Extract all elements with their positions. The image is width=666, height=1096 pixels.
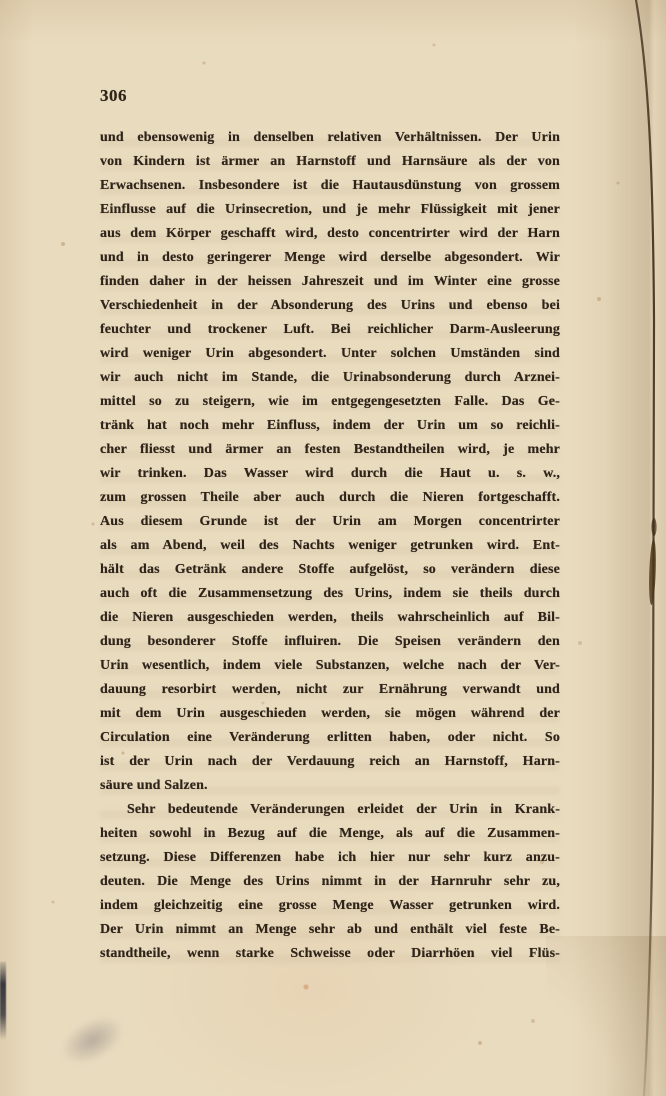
text-line: setzung. Diese Differenzen habe ich hier… bbox=[100, 846, 560, 870]
left-edge-dark-mark bbox=[0, 962, 6, 1040]
text-line: mit dem Urin ausgeschieden werden, sie m… bbox=[100, 702, 560, 726]
text-line: mittel so zu steigern, wie im entgegenge… bbox=[100, 390, 560, 414]
text-line: aus dem Körper geschafft wird, desto con… bbox=[100, 222, 560, 246]
text-line: Der Urin nimmt an Menge sehr ab und enth… bbox=[100, 918, 560, 942]
paper-foxing-specks bbox=[0, 0, 2, 2]
text-line: wird weniger Urin abgesondert. Unter sol… bbox=[100, 342, 560, 366]
text-line: wir auch nicht im Stande, die Urinabsond… bbox=[100, 366, 560, 390]
text-line: feuchter und trockener Luft. Bei reichli… bbox=[100, 318, 560, 342]
text-line: indem gleichzeitig eine grosse Menge Was… bbox=[100, 894, 560, 918]
body-text: und ebensowenig in denselben relativen V… bbox=[100, 126, 560, 966]
text-line: Urin wesentlich, indem viele Substanzen,… bbox=[100, 654, 560, 678]
text-line: und ebensowenig in denselben relativen V… bbox=[100, 126, 560, 150]
text-line: auch oft die Zusammensetzung des Urins, … bbox=[100, 582, 560, 606]
text-line: Einflusse auf die Urinsecretion, und je … bbox=[100, 198, 560, 222]
text-line: ist der Urin nach der Verdauung reich an… bbox=[100, 750, 560, 774]
text-line: und in desto geringerer Menge wird derse… bbox=[100, 246, 560, 270]
text-line: dung besonderer Stoffe influiren. Die Sp… bbox=[100, 630, 560, 654]
text-line: Aus diesem Grunde ist der Urin am Morgen… bbox=[100, 510, 560, 534]
text-line: deuten. Die Menge des Urins nimmt in der… bbox=[100, 870, 560, 894]
text-line: standtheile, wenn starke Schweisse oder … bbox=[100, 942, 560, 966]
text-line: Circulation eine Veränderung erlitten ha… bbox=[100, 726, 560, 750]
text-line: Erwachsenen. Insbesondere ist die Hautau… bbox=[100, 174, 560, 198]
page-number: 306 bbox=[100, 86, 127, 106]
text-line: Sehr bedeutende Veränderungen erleidet d… bbox=[100, 798, 560, 822]
text-line: von Kindern ist ärmer an Harnstoff und H… bbox=[100, 150, 560, 174]
text-line: finden daher in der heissen Jahreszeit u… bbox=[100, 270, 560, 294]
text-line: tränk hat noch mehr Einfluss, indem der … bbox=[100, 414, 560, 438]
text-line: als am Abend, weil des Nachts weniger ge… bbox=[100, 534, 560, 558]
text-line: die Nieren ausgeschieden werden, theils … bbox=[100, 606, 560, 630]
text-line: heiten sowohl in Bezug auf die Menge, al… bbox=[100, 822, 560, 846]
text-line: hält das Getränk andere Stoffe aufgelöst… bbox=[100, 558, 560, 582]
text-line: Verschiedenheit in der Absonderung des U… bbox=[100, 294, 560, 318]
text-line: wir trinken. Das Wasser wird durch die H… bbox=[100, 462, 560, 486]
text-line: zum grossen Theile aber auch durch die N… bbox=[100, 486, 560, 510]
book-page-scan: 306 und ebensowenig in denselben relativ… bbox=[0, 0, 666, 1096]
text-line: dauung resorbirt werden, nicht zur Ernäh… bbox=[100, 678, 560, 702]
text-line: cher fliesst und ärmer an festen Bestand… bbox=[100, 438, 560, 462]
text-line: säure und Salzen. bbox=[100, 774, 560, 798]
bottom-right-crease-shadow bbox=[546, 936, 666, 1096]
ink-smudge bbox=[38, 993, 143, 1088]
